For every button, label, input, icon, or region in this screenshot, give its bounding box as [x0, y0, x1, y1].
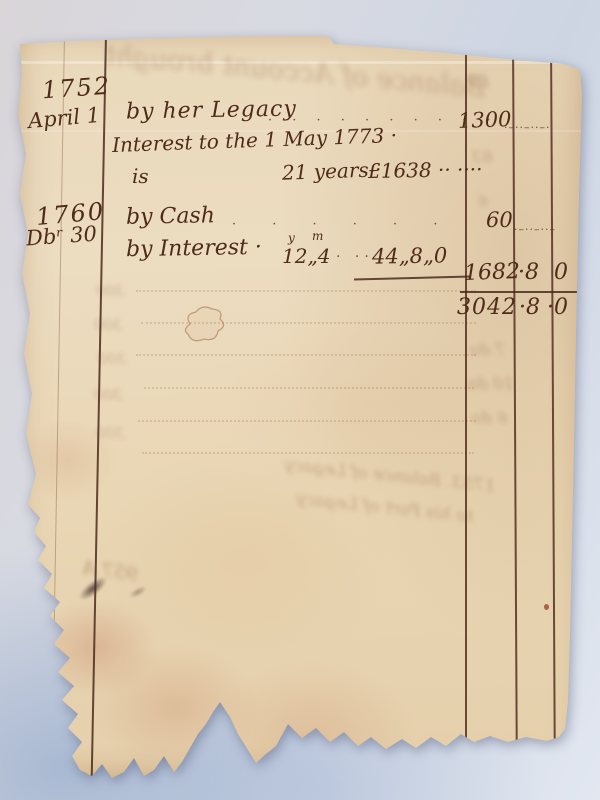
superscript-years: y — [288, 232, 295, 244]
interest-duration-figures: 12„4 — [282, 246, 331, 266]
paper-sheet: Balance of Account brought £9 63 6 7 do … — [16, 34, 586, 782]
entry-description: by Interest · — [126, 237, 262, 261]
interest-subtotal: 44„8„0 — [372, 245, 448, 267]
entry-year: 1752 — [41, 74, 112, 103]
subtotal-pence: 0 — [554, 262, 568, 284]
leader-dashes: ·–··–··–· — [504, 122, 550, 133]
bleedthrough-number: £9 — [468, 74, 490, 91]
bleedthrough-mark: 957 A — [81, 558, 139, 585]
ink-smudge — [127, 584, 148, 601]
subtotal-underline — [354, 275, 470, 280]
photo-backdrop: Balance of Account brought £9 63 6 7 do … — [0, 0, 600, 800]
interest-note-is: is — [132, 166, 149, 186]
bleedthrough-line: to his Part of Legacy — [296, 491, 474, 526]
ruled-line-pence-column — [550, 34, 556, 782]
ruled-line-pounds-column — [465, 34, 467, 782]
bleedthrough-number: 300 — [94, 318, 123, 333]
subtotal-pounds: 1682 — [464, 261, 521, 285]
red-speck — [544, 604, 549, 610]
entry-description: by Cash — [126, 205, 215, 229]
ledger-page: Balance of Account brought £9 63 6 7 do … — [16, 34, 586, 782]
bleedthrough-number: 10 do — [468, 376, 513, 392]
superscript-months: m — [312, 230, 323, 242]
total-rule — [460, 291, 582, 293]
bleedthrough-dotted-row — [136, 290, 476, 292]
interest-duration: 21 years · — [282, 159, 382, 182]
total-pounds: 3042 — [457, 297, 517, 319]
bleedthrough-number: 6 — [478, 194, 488, 209]
subtotal-shillings: ·8 — [518, 262, 539, 284]
total-pence: ·0 — [547, 297, 568, 319]
bleedthrough-number: 300 — [96, 426, 125, 441]
amount-pounds: 60 — [486, 210, 513, 231]
leader-dots: · ·· — [336, 250, 374, 264]
entry-date: April 1 — [27, 105, 101, 132]
stain-outline — [174, 302, 238, 354]
bleedthrough-dotted-row — [136, 354, 476, 356]
bleedthrough-dotted-row — [142, 452, 474, 454]
bleedthrough-dotted-row — [144, 387, 474, 389]
ruled-line-shillings-column — [512, 34, 518, 782]
interest-amount: £1638 ·· ···· — [368, 159, 483, 181]
bleedthrough-dotted-row — [138, 420, 476, 422]
leader-dots: · · · · · · — [232, 218, 453, 231]
ruled-line-left-margin — [51, 34, 65, 782]
bleedthrough-number: 300 — [98, 352, 127, 367]
bleedthrough-heading: Balance of Account brought — [145, 45, 486, 102]
ruled-line-date-column — [91, 34, 107, 782]
bleedthrough-number: 6 do — [472, 410, 507, 426]
total-shillings: ·8 — [519, 297, 540, 319]
entry-date: Dbʳ 30 — [25, 224, 97, 250]
leader-dashes: ·–··–··– — [514, 224, 556, 235]
